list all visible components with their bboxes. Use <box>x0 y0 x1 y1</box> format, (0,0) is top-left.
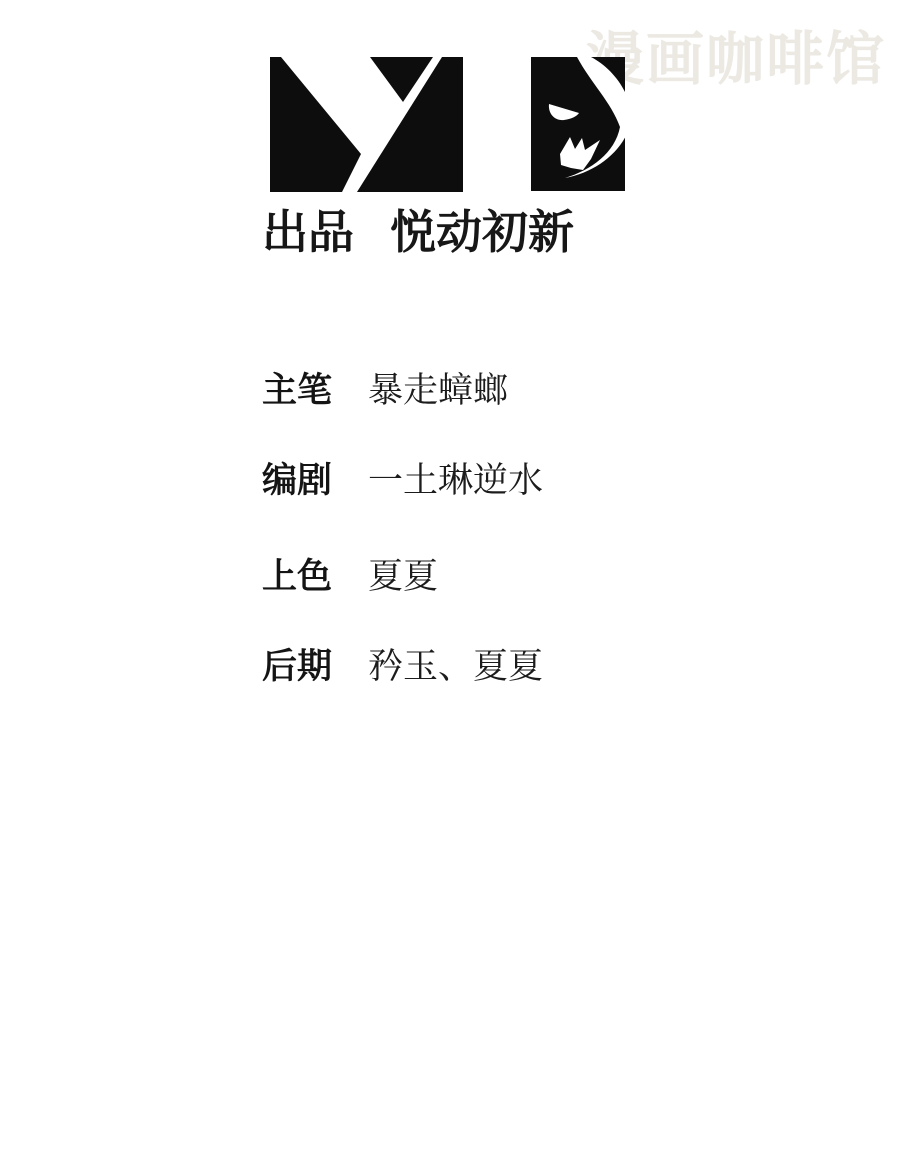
credit-role: 主笔 <box>262 373 368 408</box>
credits-page: 漫画咖啡馆 出品悦动初新 主笔暴走蟑螂 编剧一土琳逆水 上色夏夏 后期矜玉、夏夏 <box>0 0 900 1166</box>
producer-label: 出品 <box>262 209 390 255</box>
credit-row: 编剧一土琳逆水 <box>262 463 543 498</box>
credit-role: 后期 <box>262 649 368 684</box>
credit-name: 一土琳逆水 <box>368 461 543 500</box>
credit-name: 暴走蟑螂 <box>368 371 508 410</box>
studio-logo <box>270 57 625 192</box>
producer-name: 悦动初新 <box>390 206 574 258</box>
site-watermark: 漫画咖啡馆 <box>586 12 886 96</box>
logo-y-glyph-icon <box>270 57 463 192</box>
credit-role: 上色 <box>262 559 368 594</box>
producer-line: 出品悦动初新 <box>262 209 574 255</box>
credit-name: 矜玉、夏夏 <box>368 647 543 686</box>
logo-d-face-glyph-icon <box>531 57 625 191</box>
credit-row: 主笔暴走蟑螂 <box>262 373 508 408</box>
credit-row: 上色夏夏 <box>262 559 438 594</box>
credit-role: 编剧 <box>262 463 368 498</box>
credit-row: 后期矜玉、夏夏 <box>262 649 543 684</box>
credit-name: 夏夏 <box>368 557 438 596</box>
